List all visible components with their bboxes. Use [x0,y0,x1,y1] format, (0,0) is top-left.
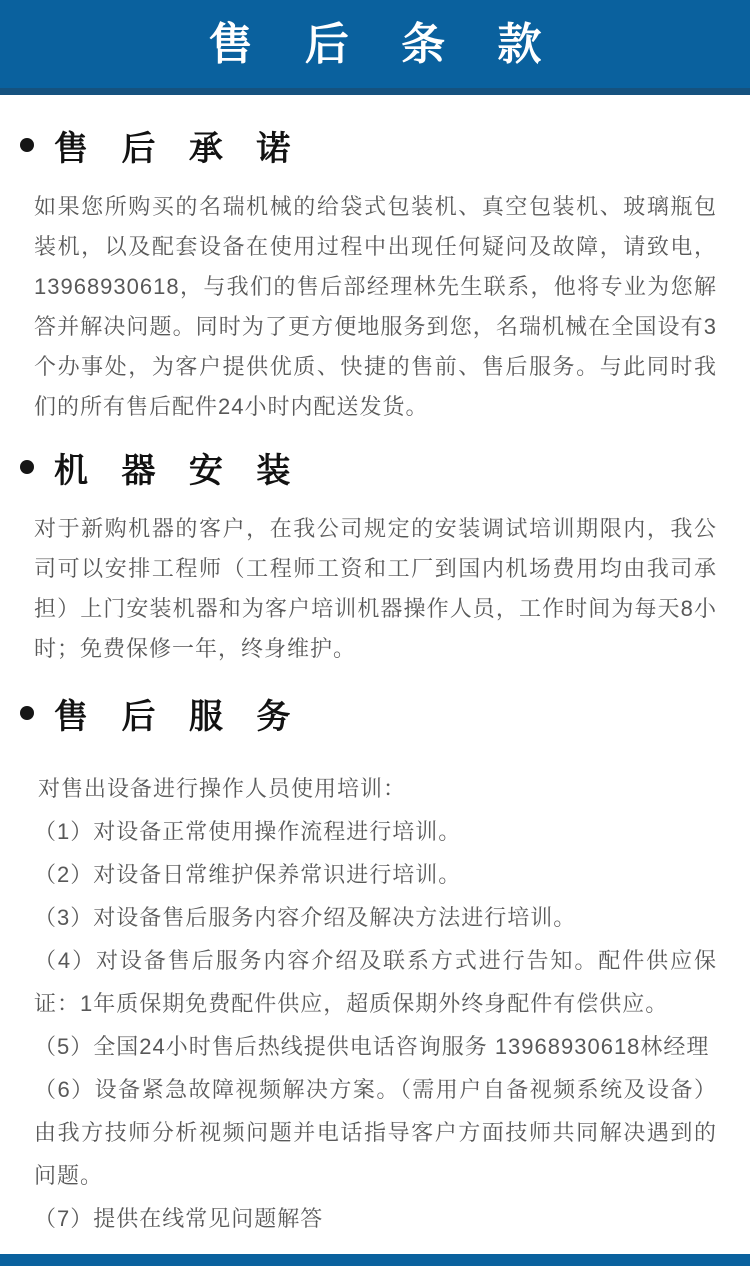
section-promise-paragraph: 如果您所购买的名瑞机械的给袋式包装机、真空包装机、玻璃瓶包装机，以及配套设备在使… [34,187,717,427]
section-install-paragraph: 对于新购机器的客户，在我公司规定的安装调试培训期限内，我公司可以安排工程师（工程… [34,509,717,669]
service-list-item: （4）对设备售后服务内容介绍及联系方式进行告知。配件供应保证：1年质保期免费配件… [34,939,717,1025]
section-promise-heading-row: 售 后 承 诺 [20,121,717,169]
section-install-heading-row: 机 器 安 装 [20,443,717,491]
after-sales-terms-page: 售 后 条 款 售 后 承 诺 如果您所购买的名瑞机械的给袋式包装机、真空包装机… [0,0,750,1266]
section-after-sales-service: 售 后 服 务 对售出设备进行操作人员使用培训： （1）对设备正常使用操作流程进… [0,689,750,1240]
section-service-heading: 售 后 服 务 [54,689,302,738]
section-service-heading-row: 售 后 服 务 [20,689,717,737]
section-promise-heading: 售 后 承 诺 [54,121,302,170]
footer-bar [0,1254,750,1266]
section-machine-installation: 机 器 安 装 对于新购机器的客户，在我公司规定的安装调试培训期限内，我公司可以… [0,443,750,669]
service-list-item: （3）对设备售后服务内容介绍及解决方法进行培训。 [34,896,717,939]
service-list-item: （7）提供在线常见问题解答 [34,1197,717,1240]
service-list-item: （1）对设备正常使用操作流程进行培训。 [34,810,717,853]
section-install-heading: 机 器 安 装 [54,443,302,492]
page-title: 售 后 条 款 [0,0,750,88]
header-divider [0,88,750,95]
page-header: 售 后 条 款 [0,0,750,88]
service-list-item: （2）对设备日常维护保养常识进行培训。 [34,853,717,896]
bullet-icon [20,706,34,720]
bullet-icon [20,460,34,474]
section-after-sales-promise: 售 后 承 诺 如果您所购买的名瑞机械的给袋式包装机、真空包装机、玻璃瓶包装机，… [0,121,750,427]
service-intro-line: 对售出设备进行操作人员使用培训： [34,767,717,810]
service-list-item: （6）设备紧急故障视频解决方案。（需用户自备视频系统及设备）由我方技师分析视频问… [34,1068,717,1197]
service-list-item: （5）全国24小时售后热线提供电话咨询服务 13968930618林经理 [34,1025,717,1068]
bullet-icon [20,138,34,152]
